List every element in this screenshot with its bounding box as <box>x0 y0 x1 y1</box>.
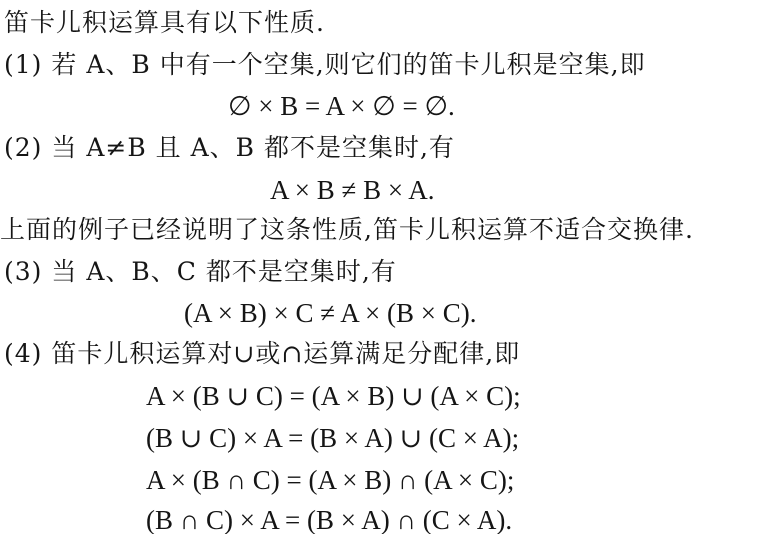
intro-line: 笛卡儿积运算具有以下性质. <box>4 8 325 38</box>
item-3-label: (3) <box>4 257 42 286</box>
formula-noncommutative: A × B ≠ B × A. <box>270 175 435 205</box>
item-2-text: 当 A≠B 且 A、B 都不是空集时,有 <box>51 133 455 162</box>
item-1: (1) 若 A、B 中有一个空集,则它们的笛卡儿积是空集,即 <box>4 50 646 80</box>
item-1-text: 若 A、B 中有一个空集,则它们的笛卡儿积是空集,即 <box>51 50 645 79</box>
item-4-text: 笛卡儿积运算对∪或∩运算满足分配律,即 <box>51 339 520 368</box>
item-1-label: (1) <box>4 50 42 79</box>
item-2-label: (2) <box>4 133 42 162</box>
formula-distributive-4: (B ∩ C) × A = (B × A) ∩ (C × A). <box>146 505 512 534</box>
item-2-note: 上面的例子已经说明了这条性质,笛卡儿积运算不适合交换律. <box>0 215 694 245</box>
item-4: (4) 笛卡儿积运算对∪或∩运算满足分配律,即 <box>4 339 520 369</box>
item-4-label: (4) <box>4 339 42 368</box>
formula-distributive-3: A × (B ∩ C) = (A × B) ∩ (A × C); <box>146 465 514 495</box>
formula-empty-product: ∅ × B = A × ∅ = ∅. <box>228 91 455 121</box>
formula-distributive-1: A × (B ∪ C) = (A × B) ∪ (A × C); <box>146 381 521 411</box>
item-3: (3) 当 A、B、C 都不是空集时,有 <box>4 257 397 287</box>
formula-distributive-2: (B ∪ C) × A = (B × A) ∪ (C × A); <box>146 423 519 453</box>
item-3-text: 当 A、B、C 都不是空集时,有 <box>51 257 396 286</box>
formula-nonassociative: (A × B) × C ≠ A × (B × C). <box>184 298 477 328</box>
item-2: (2) 当 A≠B 且 A、B 都不是空集时,有 <box>4 133 455 163</box>
